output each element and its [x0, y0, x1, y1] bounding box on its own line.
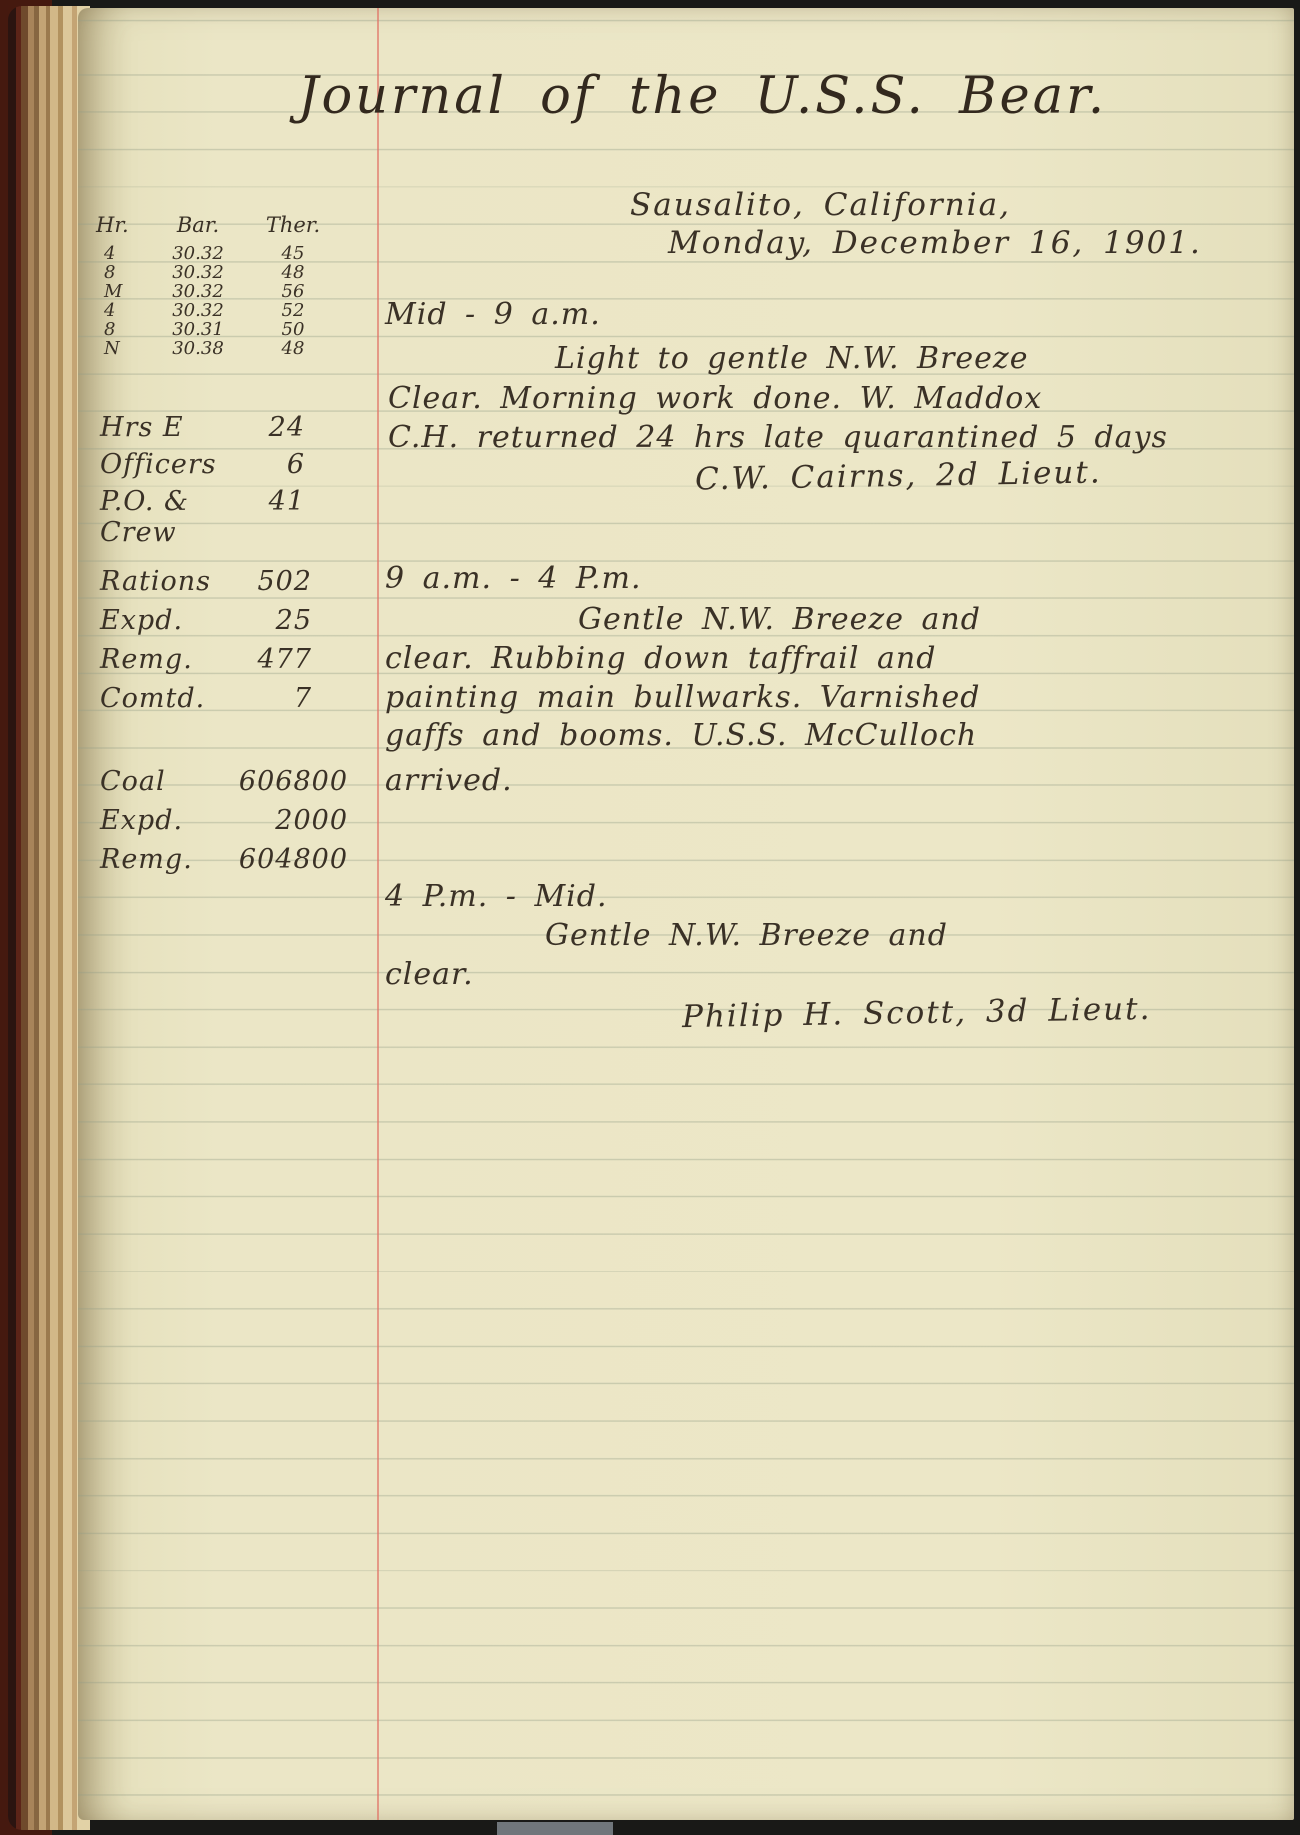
entry-line: painting main bullwarks. Varnished	[385, 679, 981, 717]
scanner-artifact	[497, 1822, 613, 1835]
weather-cell: 30.32	[142, 244, 254, 263]
rations-value: 7	[294, 683, 312, 714]
weather-cell: 4	[96, 244, 142, 263]
entry-line: Gentle N.W. Breeze and	[578, 601, 981, 639]
coal-row: Expd. 2000	[100, 805, 348, 836]
entry-line: Gentle N.W. Breeze and	[545, 917, 948, 955]
weather-cell: 56	[254, 282, 332, 301]
weather-row: 4 30.32 45	[96, 244, 332, 263]
entry-line: arrived.	[385, 762, 513, 800]
rations-block: Rations 502 Expd. 25 Remg. 477 Comtd. 7	[100, 566, 312, 714]
dateline-date: Monday, December 16, 1901.	[668, 224, 1202, 262]
weather-cell: 30.31	[142, 320, 254, 339]
weather-cell: 30.32	[142, 301, 254, 320]
weather-cell: 48	[254, 339, 332, 358]
rations-row: Rations 502	[100, 566, 312, 597]
entry-line: clear. Rubbing down taffrail and	[385, 640, 936, 678]
page-title: Journal of the U.S.S. Bear.	[298, 78, 1107, 116]
coal-label: Remg.	[100, 844, 193, 875]
rations-label: Rations	[100, 566, 211, 597]
red-margin-line	[377, 8, 379, 1820]
coal-block: Coal 606800 Expd. 2000 Remg. 604800	[100, 766, 348, 875]
entry-signature: C.W. Cairns, 2d Lieut.	[695, 453, 1102, 498]
weather-cell: 52	[254, 301, 332, 320]
muster-label: P.O. & Crew	[100, 486, 269, 548]
scanned-journal-page: Journal of the U.S.S. Bear. Sausalito, C…	[0, 0, 1300, 1835]
coal-label: Coal	[100, 766, 166, 797]
weather-header-ther: Ther.	[254, 210, 332, 242]
weather-row: 8 30.31 50	[96, 320, 332, 339]
muster-row: P.O. & Crew 41	[100, 486, 305, 548]
entry-line: gaffs and booms. U.S.S. McCulloch	[385, 717, 977, 755]
muster-block: Hrs E 24 Officers 6 P.O. & Crew 41	[100, 412, 305, 548]
muster-label: Officers	[100, 449, 217, 480]
weather-cell: 30.32	[142, 263, 254, 282]
muster-row: Hrs E 24	[100, 412, 305, 443]
rations-row: Remg. 477	[100, 644, 312, 675]
weather-cell: 30.38	[142, 339, 254, 358]
muster-label: Hrs E	[100, 412, 184, 443]
weather-cell: M	[96, 282, 142, 301]
weather-header-hr: Hr.	[96, 210, 142, 242]
rations-label: Remg.	[100, 644, 193, 675]
weather-cell: 48	[254, 263, 332, 282]
muster-value: 24	[269, 412, 305, 443]
weather-table-header: Hr. Bar. Ther.	[96, 210, 332, 242]
entry-line: Clear. Morning work done. W. Maddox	[388, 380, 1042, 418]
coal-value: 606800	[239, 766, 348, 797]
rations-label: Expd.	[100, 605, 183, 636]
coal-label: Expd.	[100, 805, 183, 836]
rations-value: 502	[257, 566, 312, 597]
coal-value: 2000	[275, 805, 348, 836]
muster-value: 6	[287, 449, 305, 480]
entry-watch-label: 9 a.m. - 4 P.m.	[385, 560, 642, 598]
rations-value: 477	[257, 644, 312, 675]
entry-line: clear.	[385, 956, 474, 994]
entry-watch-label: 4 P.m. - Mid.	[385, 878, 608, 916]
weather-table: Hr. Bar. Ther. 4 30.32 45 8 30.32 48 M 3…	[96, 210, 332, 358]
weather-cell: 45	[254, 244, 332, 263]
weather-cell: 50	[254, 320, 332, 339]
entry-watch-label: Mid - 9 a.m.	[385, 296, 601, 334]
rations-row: Expd. 25	[100, 605, 312, 636]
weather-cell: 30.32	[142, 282, 254, 301]
dateline-location: Sausalito, California,	[630, 186, 1011, 224]
muster-value: 41	[269, 486, 305, 548]
weather-cell: 8	[96, 320, 142, 339]
weather-row: M 30.32 56	[96, 282, 332, 301]
rations-label: Comtd.	[100, 683, 205, 714]
weather-row: N 30.38 48	[96, 339, 332, 358]
rations-value: 25	[276, 605, 312, 636]
rations-row: Comtd. 7	[100, 683, 312, 714]
entry-line: C.H. returned 24 hrs late quarantined 5 …	[388, 419, 1168, 457]
weather-row: 8 30.32 48	[96, 263, 332, 282]
entry-line: Light to gentle N.W. Breeze	[555, 340, 1029, 378]
coal-row: Remg. 604800	[100, 844, 348, 875]
weather-cell: 8	[96, 263, 142, 282]
muster-row: Officers 6	[100, 449, 305, 480]
weather-header-bar: Bar.	[142, 210, 254, 242]
coal-value: 604800	[239, 844, 348, 875]
coal-row: Coal 606800	[100, 766, 348, 797]
weather-row: 4 30.32 52	[96, 301, 332, 320]
weather-cell: N	[96, 339, 142, 358]
weather-cell: 4	[96, 301, 142, 320]
